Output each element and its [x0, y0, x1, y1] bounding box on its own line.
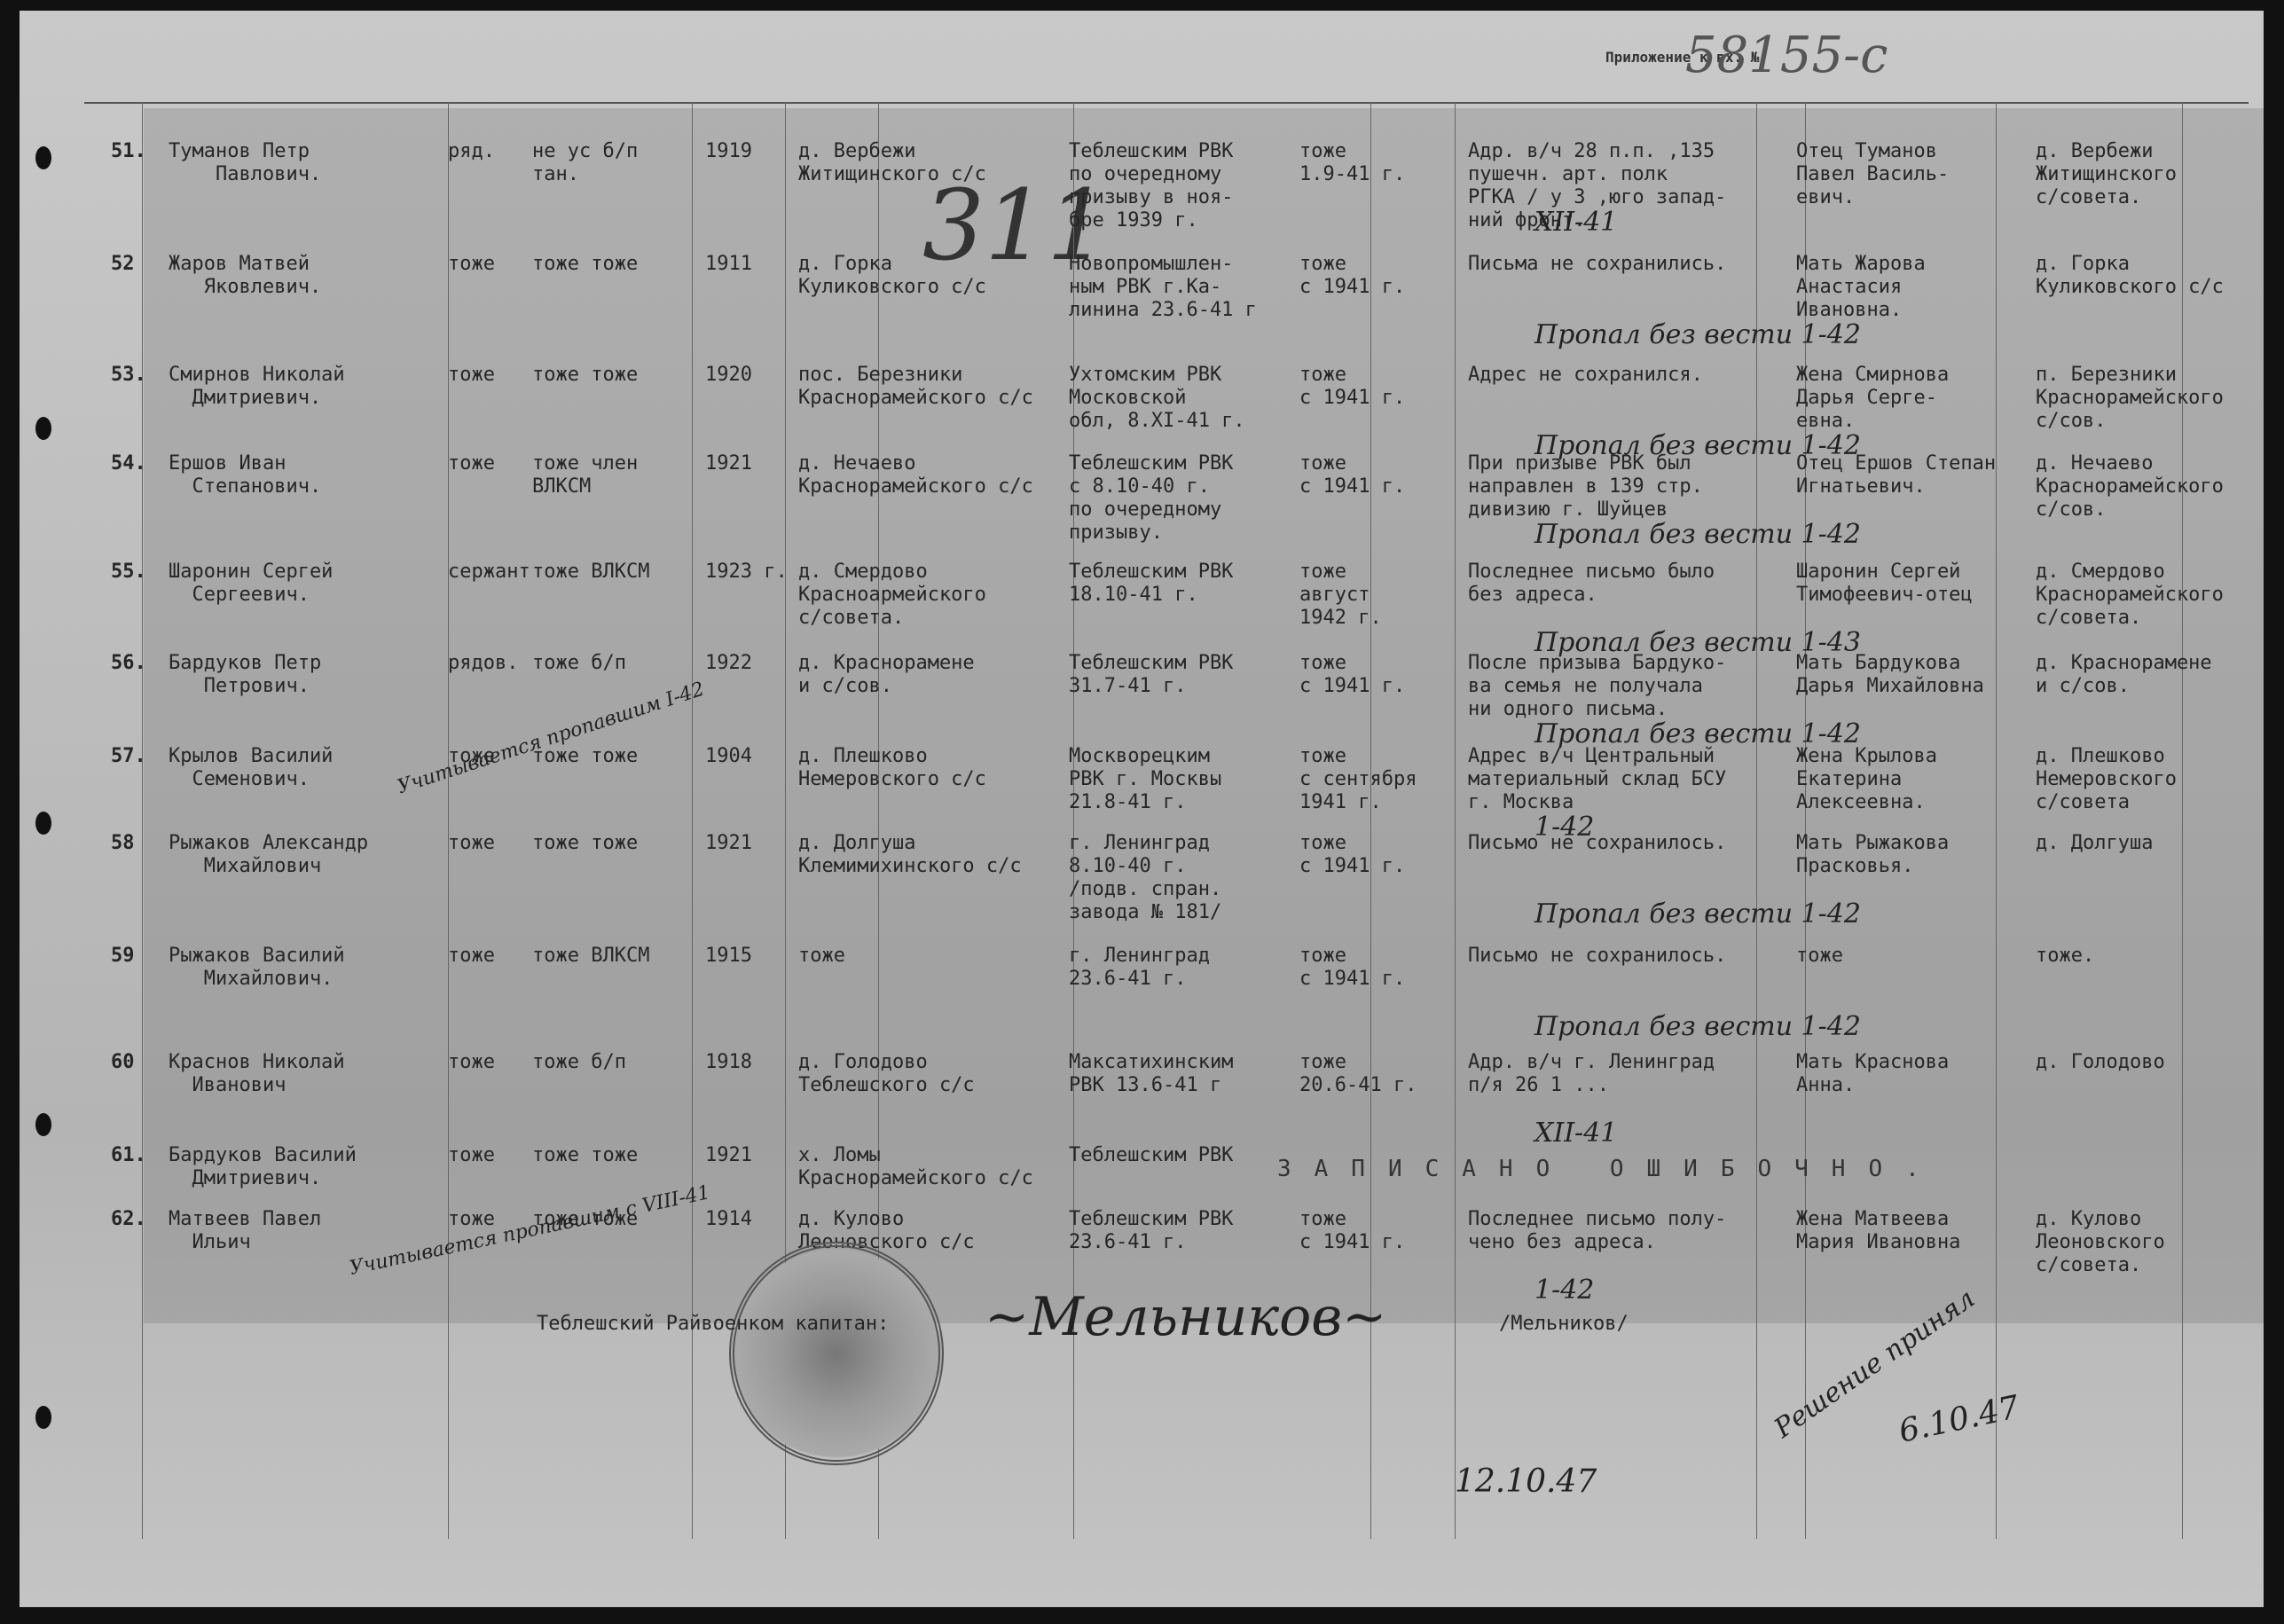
cell-party: тоже тоже [532, 832, 638, 855]
cell-rank: тоже [448, 1144, 495, 1167]
column-line [142, 102, 143, 1539]
archive-number: 58155-с [1685, 27, 1888, 84]
cell-rank: тоже [448, 832, 495, 855]
cell-year: 1914 [705, 1208, 752, 1231]
error-note: ЗАПИСАНО ОШИБОЧНО. [1277, 1156, 1943, 1182]
cell-num: 54. [111, 452, 146, 475]
cell-num: 61. [111, 1144, 146, 1167]
cell-last-address: Адрес не сохранился. [1468, 364, 1703, 387]
cell-num: 55. [111, 561, 146, 584]
cell-year: 1904 [705, 745, 752, 768]
cell-name: Смирнов Николай Дмитриевич. [169, 364, 345, 410]
cell-name: Жаров Матвей Яковлевич. [169, 253, 321, 299]
cell-called: Москворецким РВК г. Москвы 21.8-41 г. [1069, 745, 1221, 814]
punch-hole [35, 1406, 51, 1429]
cell-year: 1920 [705, 364, 752, 387]
cell-name: Краснов Николай Иванович [169, 1051, 345, 1097]
column-line [1756, 102, 1757, 1539]
cell-called: Теблешским РВК 31.7-41 г. [1069, 652, 1233, 698]
cell-relative: Мать Краснова Анна. [1796, 1051, 1949, 1097]
cell-last-address: Последнее письмо полу- чено без адреса. [1468, 1208, 1726, 1254]
cell-num: 60 [111, 1051, 135, 1074]
signature: ~Мельников~ [985, 1286, 1386, 1348]
cell-party: тоже тоже [532, 364, 638, 387]
cell-name: Бардуков Петр Петрович. [169, 652, 321, 698]
cell-rank: тоже [448, 452, 495, 475]
cell-since: тоже 1.9-41 г. [1299, 140, 1405, 186]
cell-last-address: Последнее письмо было без адреса. [1468, 561, 1715, 607]
cell-num: 62. [111, 1208, 146, 1231]
cell-birthplace: д. Нечаево Краснорамейского с/с [798, 452, 1033, 498]
cell-last-address: Адрес в/ч Центральный материальный склад… [1468, 745, 1726, 814]
cell-party: тоже б/п [532, 1051, 626, 1074]
cell-birthplace: д. Смердово Красноармейского с/совета. [798, 561, 986, 630]
cell-rel-address: д. Нечаево Краснорамейского с/сов. [2036, 452, 2224, 522]
cell-birthplace: х. Ломы Краснорамейского с/с [798, 1144, 1033, 1190]
cell-name: Рыжаков Александр Михайлович [169, 832, 368, 878]
cell-birthplace: д. Долгуша Клемимихинского с/с [798, 832, 1022, 878]
official-seal [729, 1242, 944, 1465]
cell-relative: Мать Рыжакова Прасковья. [1796, 832, 1949, 878]
cell-rel-address: д. Краснорамене и с/сов. [2036, 652, 2212, 698]
cell-relative: Шаронин Сергей Тимофеевич-отец [1796, 561, 1973, 607]
cell-birthplace: д. Вербежи Житищинского с/с [798, 140, 986, 186]
punch-hole [35, 146, 51, 169]
cell-num: 59 [111, 945, 135, 968]
cell-birthplace: д. Плешково Немеровского с/с [798, 745, 986, 791]
punch-hole [35, 417, 51, 440]
cell-name: Рыжаков Василий Михайлович. [169, 945, 345, 991]
cell-rel-address: д. Вербежи Житищинского с/совета. [2036, 140, 2177, 209]
cell-relative: Мать Бардукова Дарья Михайловна [1796, 652, 1984, 698]
cell-birthplace: д. Краснорамене и с/сов. [798, 652, 975, 698]
cell-birthplace: д. Горка Куликовского с/с [798, 253, 986, 299]
cell-year: 1915 [705, 945, 752, 968]
cell-called: Теблешским РВК по очередному призыву в н… [1069, 140, 1233, 232]
cell-relative: Мать Жарова Анастасия Ивановна. [1796, 253, 1926, 322]
cell-birthplace: д. Голодово Теблешского с/с [798, 1051, 975, 1097]
cell-rel-address: д. Кулово Леоновского с/совета. [2036, 1208, 2165, 1277]
cell-birthplace: пос. Березники Краснорамейского с/с [798, 364, 1033, 410]
cell-year: 1923 г. [705, 561, 788, 584]
cell-year: 1921 [705, 832, 752, 855]
cell-called: Теблешским РВК 23.6-41 г. [1069, 1208, 1233, 1254]
cell-rel-address: д. Горка Куликовского с/с [2036, 253, 2224, 299]
handwritten-status: XII-41 [1534, 207, 1617, 238]
cell-num: 51. [111, 140, 146, 163]
cell-party: тоже тоже [532, 253, 638, 276]
cell-called: г. Ленинград 23.6-41 г. [1069, 945, 1210, 991]
cell-rel-address: д. Голодово [2036, 1051, 2165, 1074]
cell-rank: тоже [448, 945, 495, 968]
cell-name: Туманов Петр Павлович. [169, 140, 321, 186]
handwritten-status: XII-41 [1534, 1118, 1617, 1149]
cell-called: Теблешским РВК [1069, 1144, 1233, 1167]
cell-relative: тоже [1796, 945, 1843, 968]
table-top-rule [84, 102, 2249, 104]
signature-line: Теблешский Райвоенком капитан: [537, 1313, 889, 1335]
cell-party: тоже б/п [532, 652, 626, 675]
cell-rank: ряд. [448, 140, 495, 163]
cell-party: тоже ВЛКСМ [532, 945, 649, 968]
cell-last-address: При призыве РВК был направлен в 139 стр.… [1468, 452, 1703, 522]
cell-called: Максатихинским РВК 13.6-41 г [1069, 1051, 1233, 1097]
cell-rel-address: д. Смердово Краснорамейского с/совета. [2036, 561, 2224, 630]
cell-year: 1918 [705, 1051, 752, 1074]
cell-rel-address: п. Березники Краснорамейского с/сов. [2036, 364, 2224, 433]
cell-relative: Жена Смирнова Дарья Серге- евна. [1796, 364, 1949, 433]
cell-name: Ершов Иван Степанович. [169, 452, 321, 498]
column-line [1996, 102, 1997, 1539]
cell-name: Шаронин Сергей Сергеевич. [169, 561, 333, 607]
cell-name: Крылов Василий Семенович. [169, 745, 333, 791]
cell-since: тоже с 1941 г. [1299, 364, 1405, 410]
cell-year: 1919 [705, 140, 752, 163]
cell-called: Ухтомским РВК Московской обл, 8.XI-41 г. [1069, 364, 1245, 433]
cell-rank: рядов. [448, 652, 518, 675]
cell-since: тоже с 1941 г. [1299, 945, 1405, 991]
cell-since: тоже с 1941 г. [1299, 1208, 1405, 1254]
cell-birthplace: тоже [798, 945, 845, 968]
cell-since: тоже с 1941 г. [1299, 452, 1405, 498]
cell-since: тоже август 1942 г. [1299, 561, 1382, 630]
cell-since: тоже с 1941 г. [1299, 652, 1405, 698]
punch-hole [35, 812, 51, 835]
signature-name: /Мельников/ [1499, 1313, 1629, 1335]
handwritten-status: Пропал без вести 1-42 [1534, 1011, 1861, 1042]
cell-last-address: После призыва Бардуко- ва семья не получ… [1468, 652, 1726, 721]
cell-rank: тоже [448, 364, 495, 387]
cell-year: 1921 [705, 452, 752, 475]
handwritten-status: Пропал без вести 1-42 [1534, 519, 1861, 550]
column-line [2182, 102, 2183, 1539]
cell-num: 57. [111, 745, 146, 768]
cell-rel-address: д. Плешково Немеровского с/совета [2036, 745, 2177, 814]
cell-party: не ус б/п тан. [532, 140, 638, 186]
cell-rank: тоже [448, 253, 495, 276]
cell-rel-address: тоже. [2036, 945, 2094, 968]
cell-rank: тоже [448, 1051, 495, 1074]
punch-hole [35, 1113, 51, 1136]
cell-called: Теблешским РВК с 8.10-40 г. по очередном… [1069, 452, 1233, 545]
cell-num: 58 [111, 832, 135, 855]
cell-last-address: Письмо не сохранилось. [1468, 945, 1726, 968]
cell-last-address: Письмо не сохранилось. [1468, 832, 1726, 855]
handwritten-status: Пропал без вести 1-42 [1534, 898, 1861, 930]
hand-note: 12.10.47 [1455, 1463, 1597, 1500]
cell-relative: Жена Крылова Екатерина Алексеевна. [1796, 745, 1937, 814]
cell-rank: сержант [448, 561, 530, 584]
cell-called: Теблешским РВК 18.10-41 г. [1069, 561, 1233, 607]
cell-name: Бардуков Василий Дмитриевич. [169, 1144, 357, 1190]
column-line [1455, 102, 1456, 1539]
cell-party: тоже ВЛКСМ [532, 561, 649, 584]
cell-last-address: Письма не сохранились. [1468, 253, 1726, 276]
cell-num: 53. [111, 364, 146, 387]
cell-since: тоже 20.6-41 г. [1299, 1051, 1417, 1097]
cell-since: тоже с 1941 г. [1299, 832, 1405, 878]
cell-last-address: Адр. в/ч г. Ленинград п/я 26 1 ... [1468, 1051, 1715, 1097]
cell-num: 52 [111, 253, 135, 276]
cell-year: 1911 [705, 253, 752, 276]
cell-name: Матвеев Павел Ильич [169, 1208, 321, 1254]
cell-rel-address: д. Долгуша [2036, 832, 2153, 855]
handwritten-status: Пропал без вести 1-42 [1534, 319, 1861, 350]
cell-since: тоже с 1941 г. [1299, 253, 1405, 299]
cell-called: г. Ленинград 8.10-40 г. /подв. спран. за… [1069, 832, 1221, 924]
cell-relative: Отец Туманов Павел Василь- евич. [1796, 140, 1949, 209]
handwritten-status: 1-42 [1534, 1275, 1594, 1306]
cell-called: Новопромышлен- ным РВК г.Ка- линина 23.6… [1069, 253, 1257, 322]
cell-num: 56. [111, 652, 146, 675]
cell-year: 1922 [705, 652, 752, 675]
cell-party: тоже тоже [532, 1144, 638, 1167]
cell-relative: Отец Ершов Степан Игнатьевич. [1796, 452, 1996, 498]
cell-party: тоже член ВЛКСМ [532, 452, 638, 498]
column-line [448, 102, 449, 1539]
cell-relative: Жена Матвеева Мария Ивановна [1796, 1208, 1960, 1254]
cell-since: тоже с сентября 1941 г. [1299, 745, 1417, 814]
cell-year: 1921 [705, 1144, 752, 1167]
